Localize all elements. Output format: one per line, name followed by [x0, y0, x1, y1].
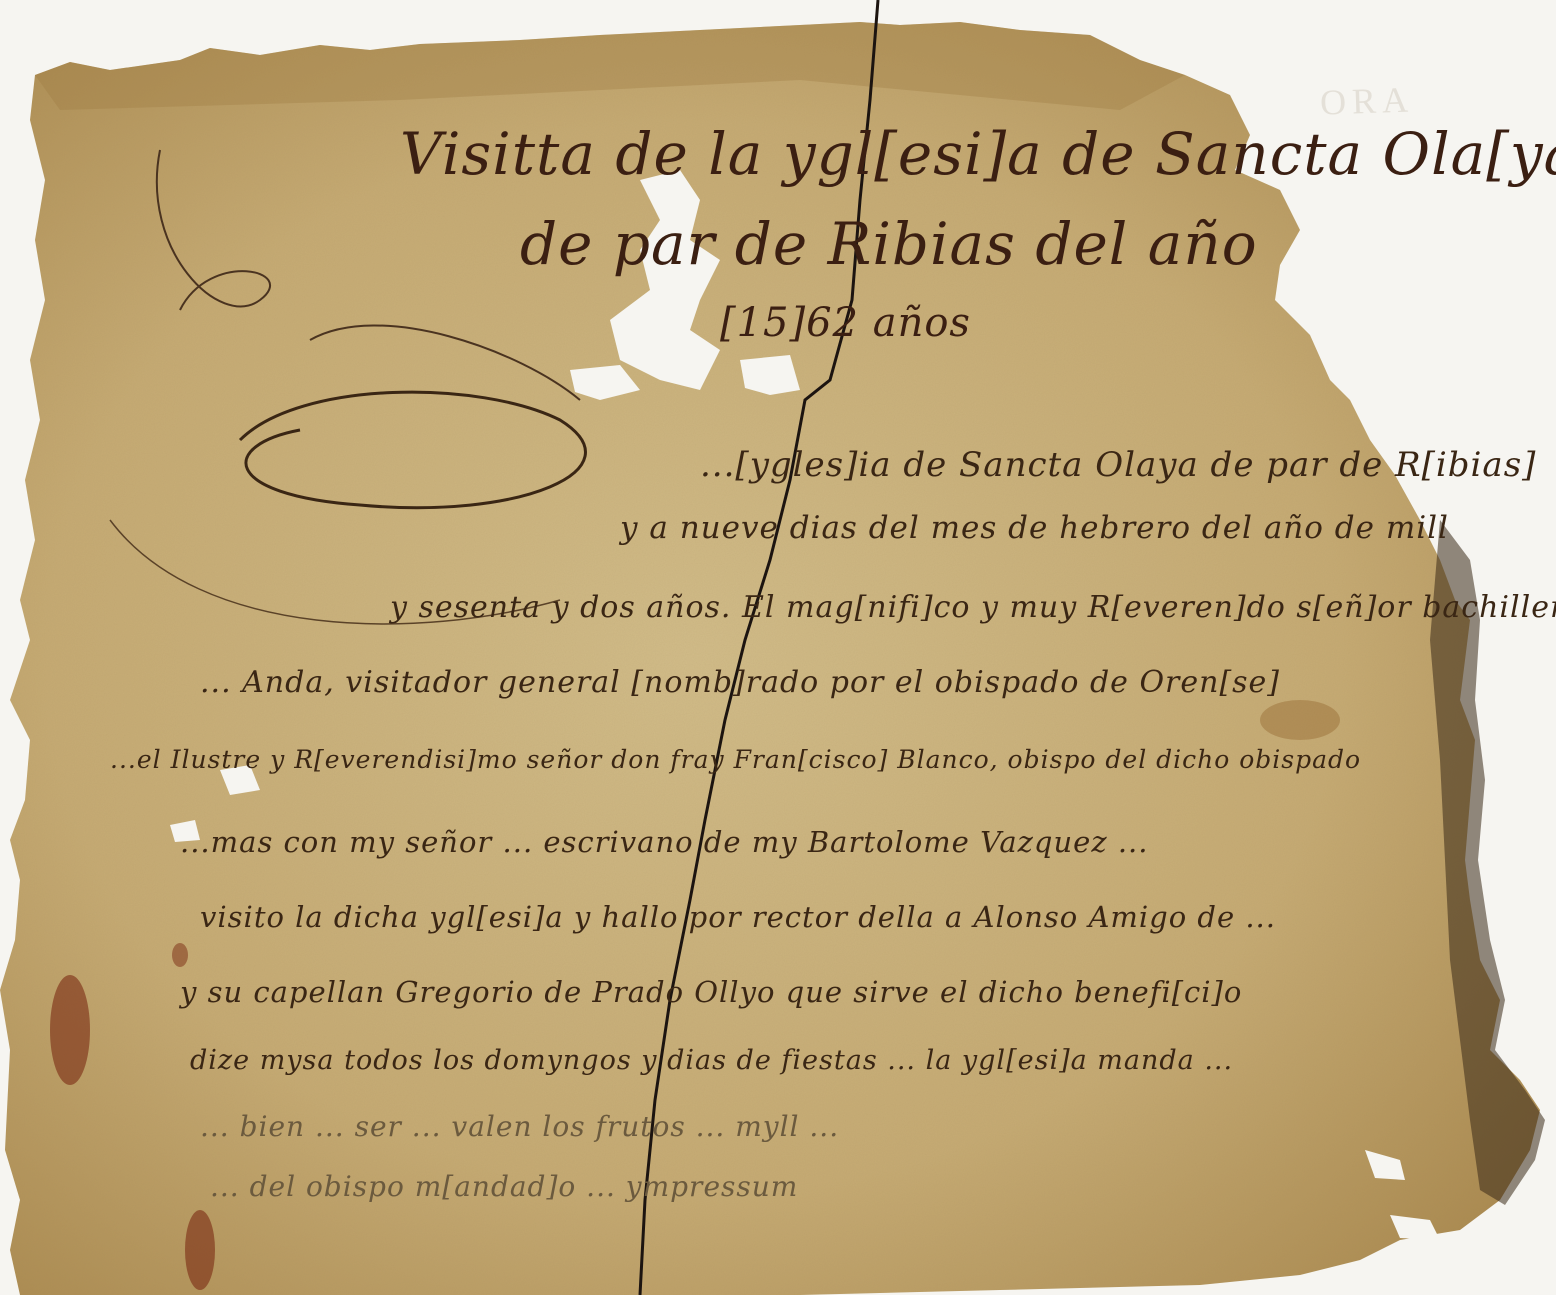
body-line-9: dize mysa todos los domyngos y dias de f…	[190, 1045, 1233, 1076]
body-line-7: visito la dicha ygl[esi]a y hallo por re…	[200, 900, 1276, 934]
body-line-8: y su capellan Gregorio de Prado Ollyo qu…	[180, 975, 1242, 1009]
body-line-3: y sesenta y dos años. El mag[nifi]co y m…	[390, 590, 1556, 625]
title-line-1: Visitta de la ygl[esi]a de Sancta Ola[ya…	[400, 120, 1556, 188]
body-line-11: ... del obispo m[andad]o ... ympressum	[210, 1170, 798, 1203]
body-line-10: ... bien ... ser ... valen los frutos ..…	[200, 1110, 839, 1143]
body-line-5: ...el Ilustre y R[everendisi]mo señor do…	[110, 745, 1361, 774]
body-line-4: ... Anda, visitador general [nomb]rado p…	[200, 665, 1280, 700]
body-line-6: ...mas con my señor ... escrivano de my …	[180, 825, 1148, 859]
title-line-3: [15]62 años	[720, 300, 971, 346]
body-line-1: ...[ygles]ia de Sancta Olaya de par de R…	[700, 445, 1536, 485]
signature-flourish	[0, 0, 1556, 1295]
manuscript-page: Visitta de la ygl[esi]a de Sancta Ola[ya…	[0, 0, 1556, 1295]
body-line-2: y a nueve dias del mes de hebrero del añ…	[620, 510, 1449, 546]
title-line-2: de par de Ribias del año	[520, 210, 1258, 278]
